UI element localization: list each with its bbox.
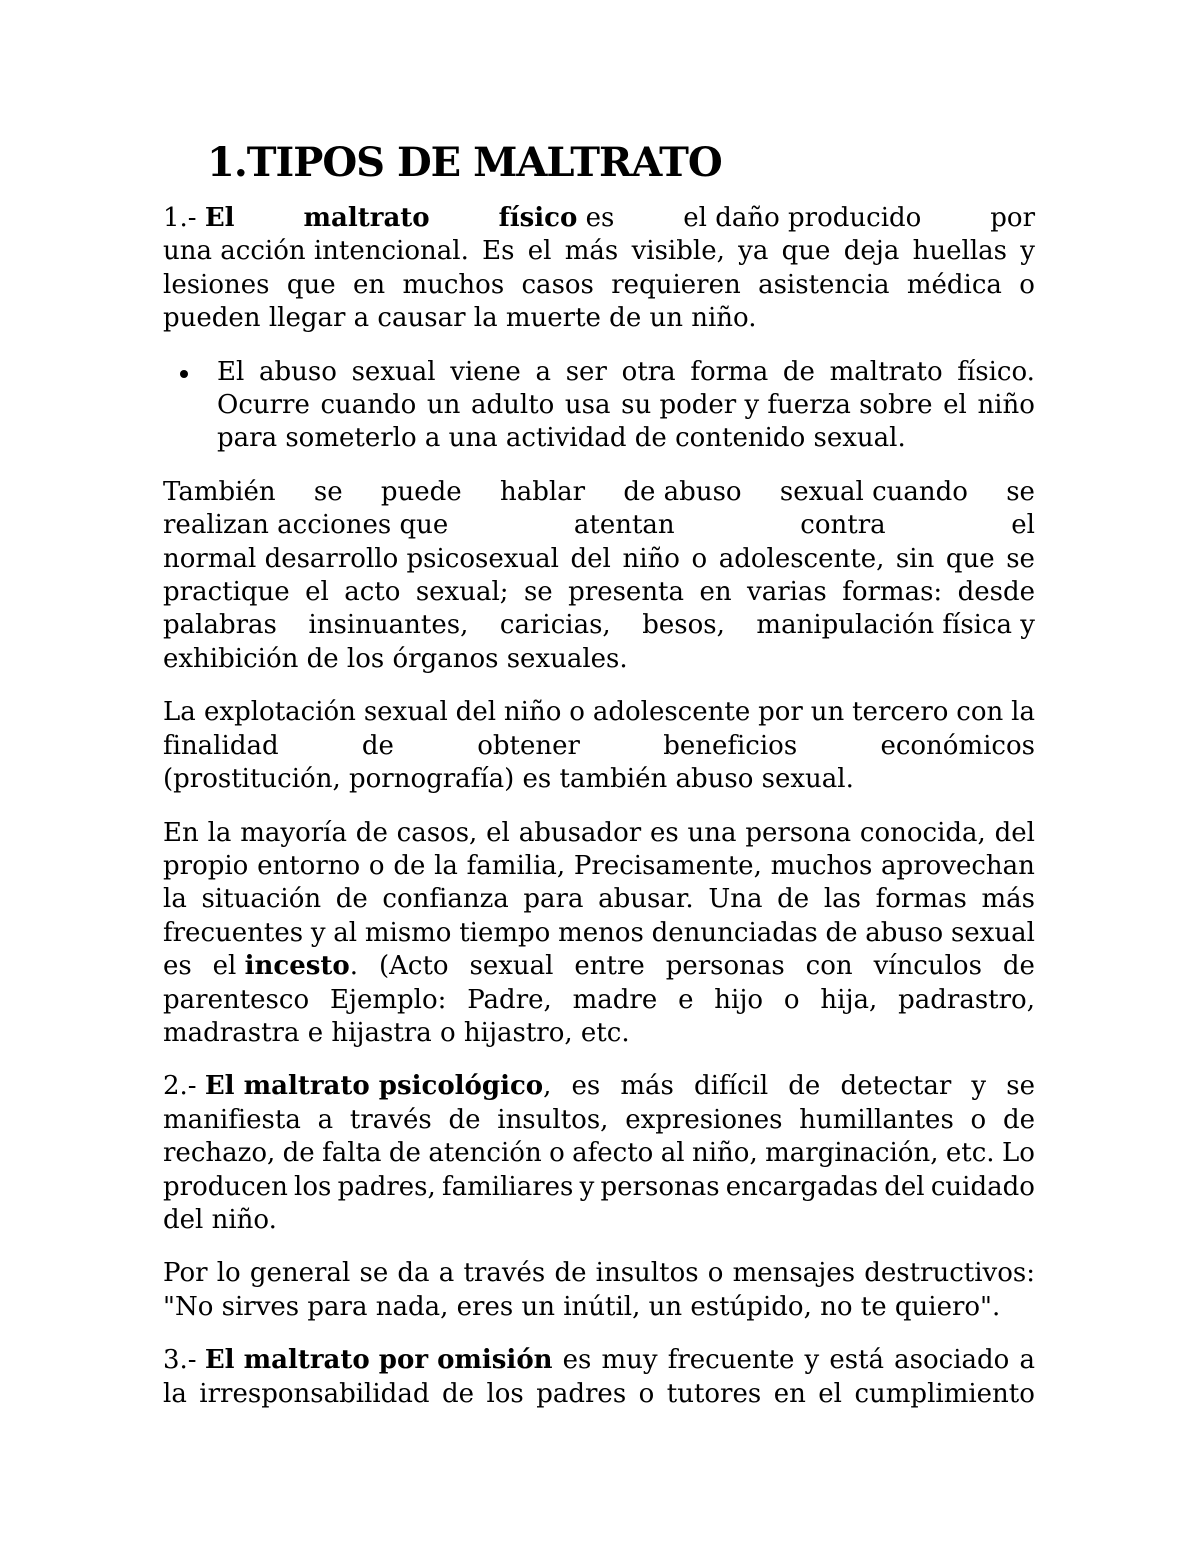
text-line: manifiestaatravésdeinsultos,expresionesh… xyxy=(163,1104,1035,1137)
text-line: esel incesto.(Actosexualentrepersonascon… xyxy=(163,950,1035,983)
text-line: "No sirves para nada, eres un inútil, un… xyxy=(163,1291,1035,1324)
paragraph-maltrato-fisico: 1.- Elmaltratofísico esel daño producido… xyxy=(163,202,1035,336)
paragraph-tambien-abuso: Tambiénsepuedehablarde abusosexual cuand… xyxy=(163,476,1035,676)
paragraph-maltrato-por-omision: 3.- El maltrato por omisiónesmuyfrecuent… xyxy=(163,1344,1035,1411)
text-line: frecuentesyalmismotiempomenosdenunciadas… xyxy=(163,917,1035,950)
paragraph-maltrato-psicologico: 2.- El maltrato psicológico,esmásdifícil… xyxy=(163,1070,1035,1237)
paragraph-explotacion-sexual: La explotaciónsexualdelniñooadolescentep… xyxy=(163,696,1035,796)
text-line: finalidaddeobtenerbeneficioseconómicos xyxy=(163,730,1035,763)
document-title: 1.TIPOS DE MALTRATO xyxy=(163,139,1035,187)
text-line: La explotaciónsexualdelniñooadolescentep… xyxy=(163,696,1035,729)
text-line: madrastra e hijastra o hijastro, etc. xyxy=(163,1017,1035,1050)
text-line: exhibición de los órganos sexuales. xyxy=(163,643,1035,676)
text-line: Enlamayoríadecasos,elabusadoresunaperson… xyxy=(163,817,1035,850)
paragraph-abuso-sexual-bullet: Elabusosexualvieneaserotraformademaltrat… xyxy=(163,356,1035,456)
text-line: normal desarrollo psicosexualdelniñooado… xyxy=(163,543,1035,576)
text-line: rechazo,defaltadeatenciónoafectoalniño,m… xyxy=(163,1137,1035,1170)
document-page: 1.TIPOS DE MALTRATO 1.- Elmaltratofísico… xyxy=(0,0,1200,1553)
text-line: realizan acciones queatentancontrael xyxy=(163,509,1035,542)
text-line: Elabusosexualvieneaserotraformademaltrat… xyxy=(217,356,1035,389)
text-line: practiqueelactosexual;sepresentaenvarias… xyxy=(163,576,1035,609)
text-line: (prostitución, pornografía) es también a… xyxy=(163,763,1035,796)
text-line: Tambiénsepuedehablarde abusosexual cuand… xyxy=(163,476,1035,509)
text-line: lasituacióndeconfianzaparaabusar.Unadela… xyxy=(163,883,1035,916)
text-line: 2.- El maltrato psicológico,esmásdifícil… xyxy=(163,1070,1035,1103)
text-line: 1.- Elmaltratofísico esel daño producido… xyxy=(163,202,1035,235)
text-line: palabrasinsinuantes,caricias,besos,manip… xyxy=(163,609,1035,642)
text-line: parentescoEjemplo:Padre,madreehijoohija,… xyxy=(163,984,1035,1017)
text-line: del niño. xyxy=(163,1204,1035,1237)
text-line: una acción intencional.Eselmásvisible,ya… xyxy=(163,235,1035,268)
document-body: 1.- Elmaltratofísico esel daño producido… xyxy=(163,202,1035,1411)
text-line: para someterlo a una actividad de conten… xyxy=(217,422,1035,455)
text-line: producenlospadres,familiaresypersonasenc… xyxy=(163,1171,1035,1204)
text-line: Porlogeneralsedaatravésdeinsultosomensaj… xyxy=(163,1257,1035,1290)
bullet-icon xyxy=(180,370,188,378)
text-line: pueden llegar a causar la muerte de un n… xyxy=(163,302,1035,335)
text-line: lesionesqueenmuchoscasosrequierenasisten… xyxy=(163,269,1035,302)
text-line: lairresponsabilidaddelospadresotutoresen… xyxy=(163,1378,1035,1411)
paragraph-abusador-conocido: Enlamayoríadecasos,elabusadoresunaperson… xyxy=(163,817,1035,1051)
text-line: propioentornoodelafamilia,Precisamente,m… xyxy=(163,850,1035,883)
text-line: Ocurrecuandounadultousasu poder y fuerza… xyxy=(217,389,1035,422)
paragraph-insultos-destructivos: Porlogeneralsedaatravésdeinsultosomensaj… xyxy=(163,1257,1035,1324)
text-line: 3.- El maltrato por omisiónesmuyfrecuent… xyxy=(163,1344,1035,1377)
